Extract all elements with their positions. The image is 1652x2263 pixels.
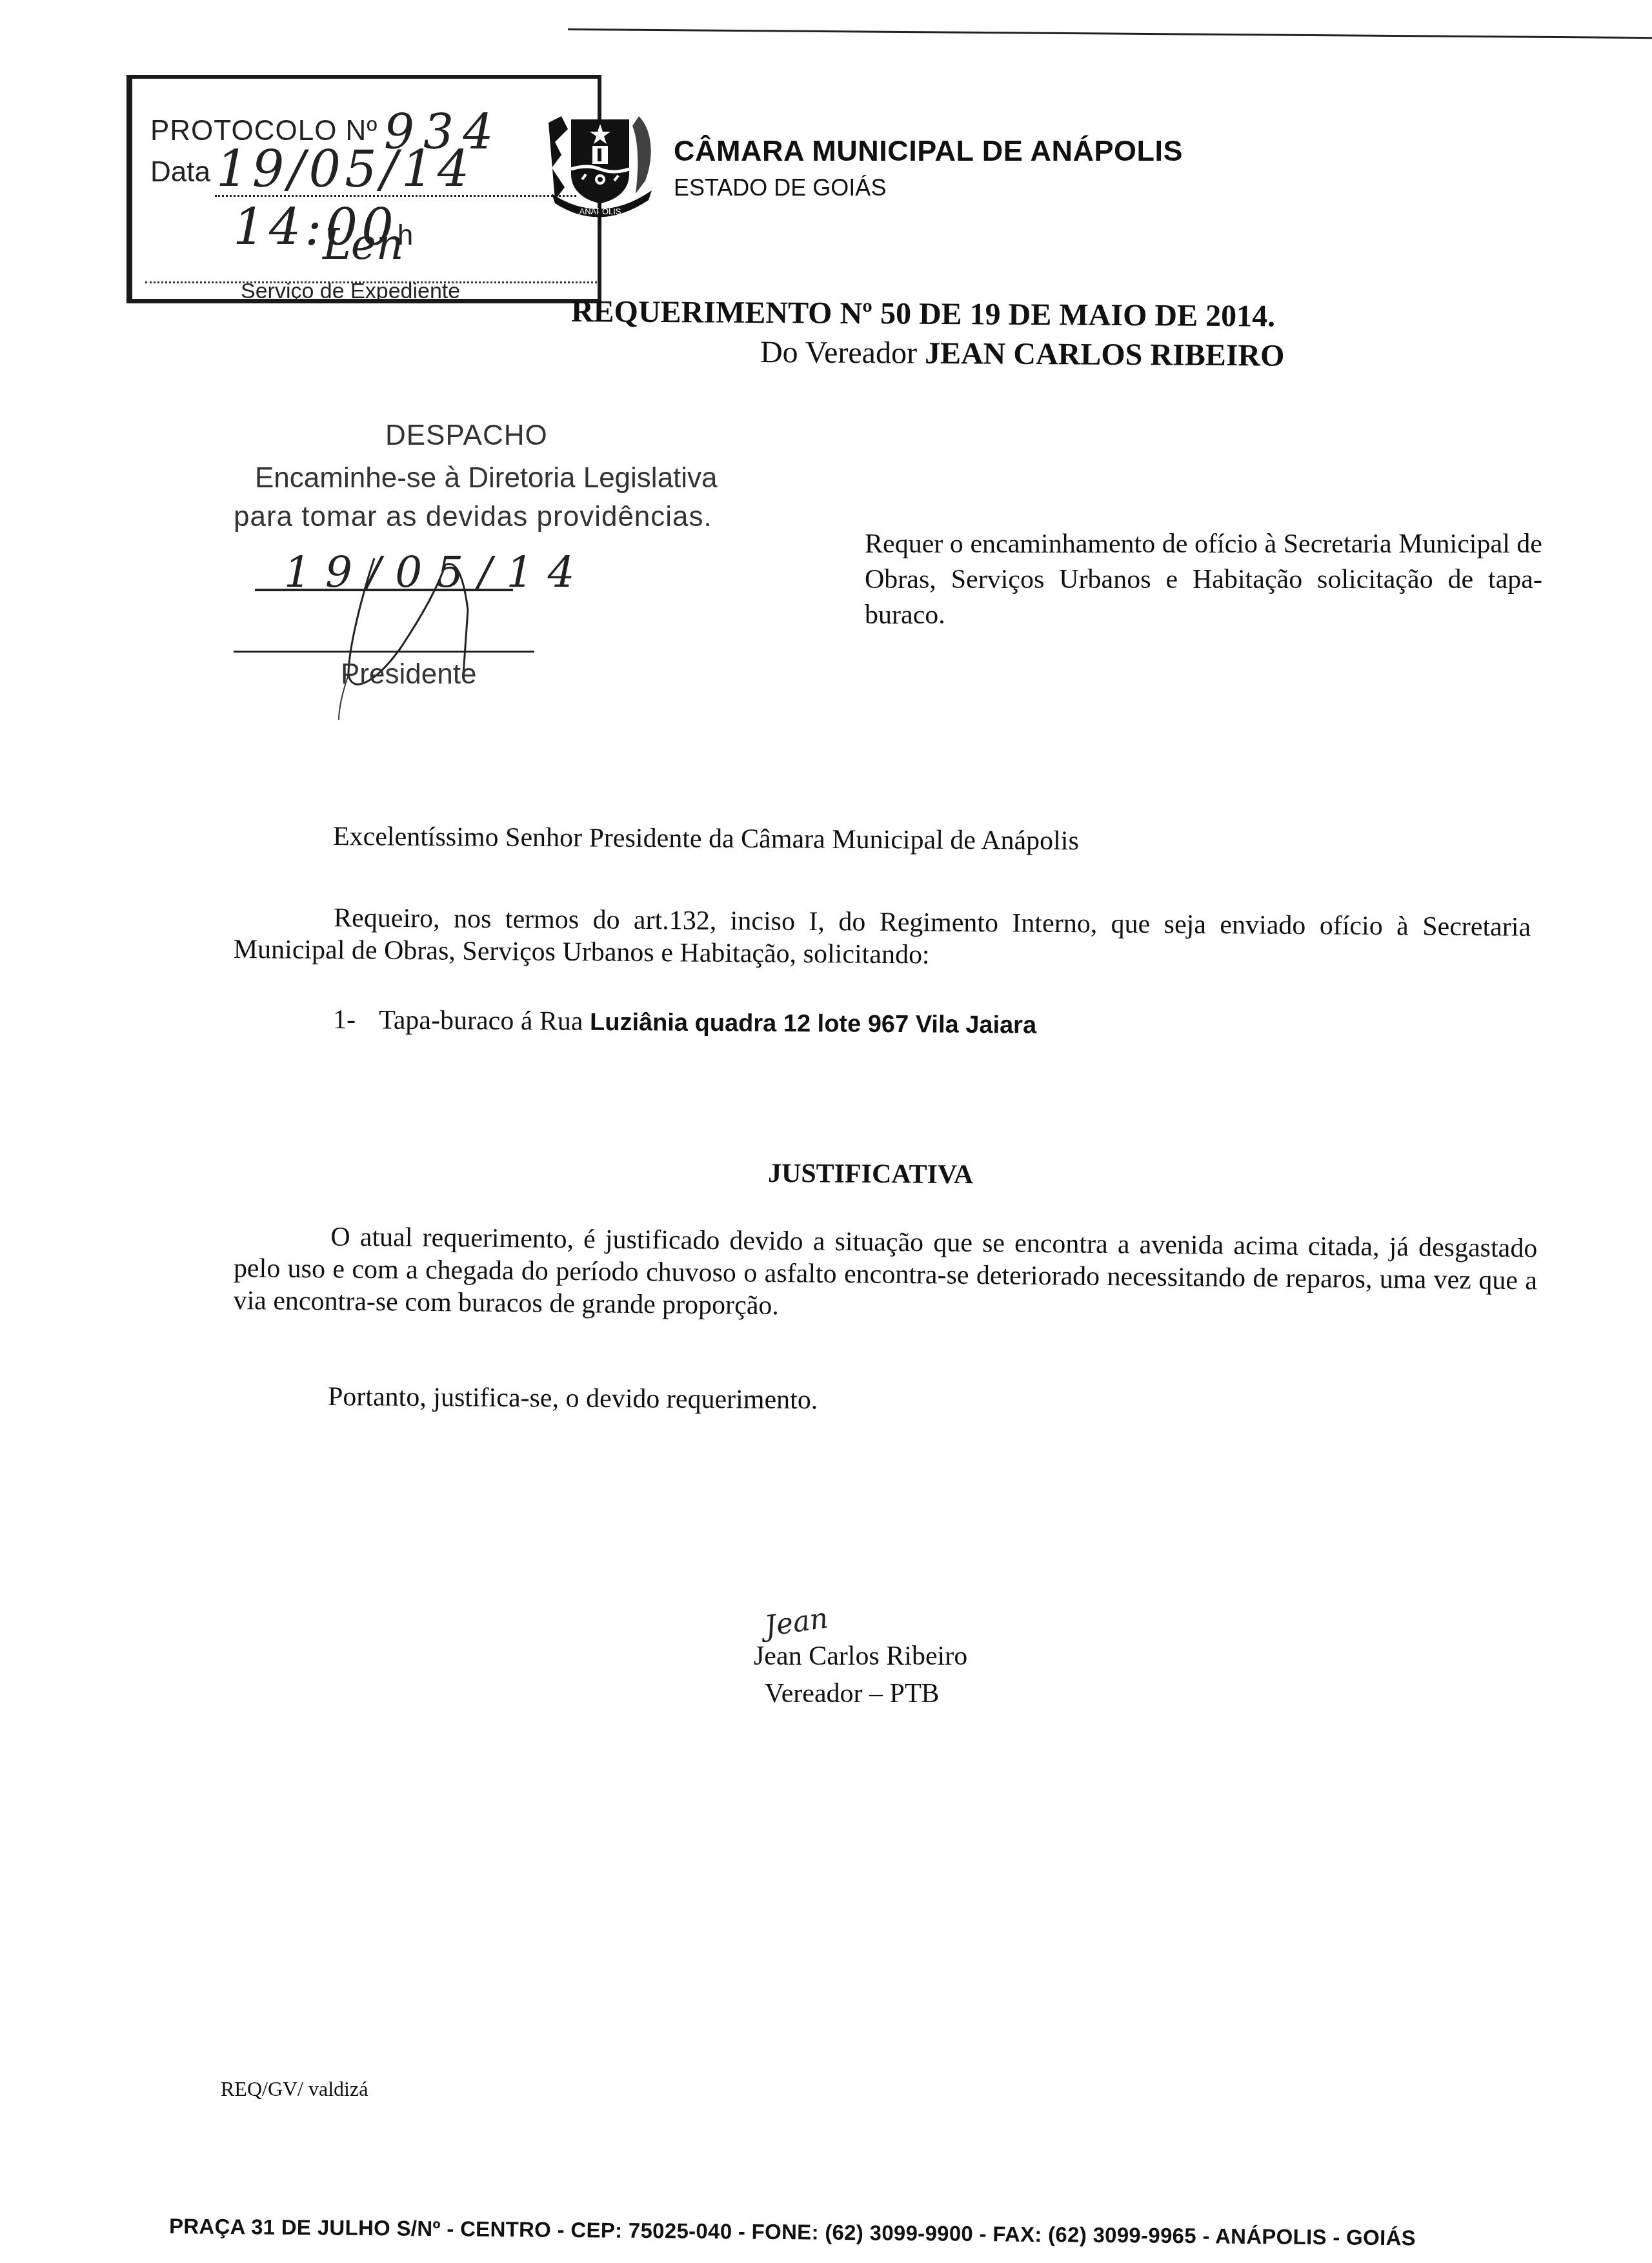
signatory-role: Vereador – PTB bbox=[765, 1678, 940, 1709]
ementa-summary: Requer o encaminhamento de ofício à Secr… bbox=[865, 527, 1542, 633]
despacho-line-1: Encaminhe-se à Diretoria Legislativa bbox=[255, 462, 718, 494]
document-reference: REQ/GV/ valdizá bbox=[221, 2077, 368, 2101]
justification-paragraph: O atual requerimento, é justificado devi… bbox=[233, 1220, 1537, 1329]
item-number: 1- bbox=[333, 1005, 356, 1035]
despacho-line-2: para tomar as devidas providências. bbox=[234, 501, 712, 533]
president-signature-icon bbox=[336, 545, 503, 720]
organization-state: ESTADO DE GOIÁS bbox=[674, 174, 886, 201]
scan-top-rule bbox=[568, 28, 1652, 39]
request-item: 1-Tapa-buraco á Rua Luziânia quadra 12 l… bbox=[333, 1004, 1036, 1040]
request-paragraph: Requeiro, nos termos do art.132, inciso … bbox=[234, 901, 1531, 976]
justification-closing: Portanto, justifica-se, o devido requeri… bbox=[328, 1381, 818, 1416]
date-handwritten: 19/05/14 14:00h bbox=[216, 141, 598, 257]
date-label: Data bbox=[150, 156, 210, 188]
despacho-role: Presidente bbox=[341, 658, 476, 691]
document-author: Do Vereador JEAN CARLOS RIBEIRO bbox=[760, 334, 1285, 374]
service-label: Serviço de Expediente bbox=[241, 279, 460, 304]
stamp-date-value: 19/05/14 bbox=[216, 141, 473, 199]
councilor-signature-scribble: Jean bbox=[763, 1601, 830, 1643]
protocol-stamp: PROTOCOLO Nº 934 Data 19/05/14 14:00h Le… bbox=[126, 75, 601, 303]
signatory-name: Jean Carlos Ribeiro bbox=[754, 1641, 967, 1672]
rubric-handwritten: Len bbox=[323, 219, 403, 269]
municipal-coat-of-arms-icon: ANÁPOLIS bbox=[542, 97, 658, 226]
item-text: Tapa-buraco á Rua bbox=[379, 1005, 590, 1036]
footer-address: PRAÇA 31 DE JULHO S/Nº - CENTRO - CEP: 7… bbox=[169, 2214, 1416, 2251]
author-prefix: Do Vereador bbox=[760, 335, 917, 370]
document-title: REQUERIMENTO Nº 50 DE 19 DE MAIO DE 2014… bbox=[571, 294, 1275, 334]
salutation: Excelentíssimo Senhor Presidente da Câma… bbox=[333, 821, 1079, 857]
justification-title: JUSTIFICATIVA bbox=[768, 1158, 974, 1190]
despacho-title: DESPACHO bbox=[385, 420, 548, 452]
date-underline bbox=[215, 195, 576, 197]
item-address: Luziânia quadra 12 lote 967 Vila Jaiara bbox=[590, 1009, 1036, 1039]
author-name: JEAN CARLOS RIBEIRO bbox=[925, 336, 1285, 373]
organization-name: CÂMARA MUNICIPAL DE ANÁPOLIS bbox=[674, 134, 1183, 168]
